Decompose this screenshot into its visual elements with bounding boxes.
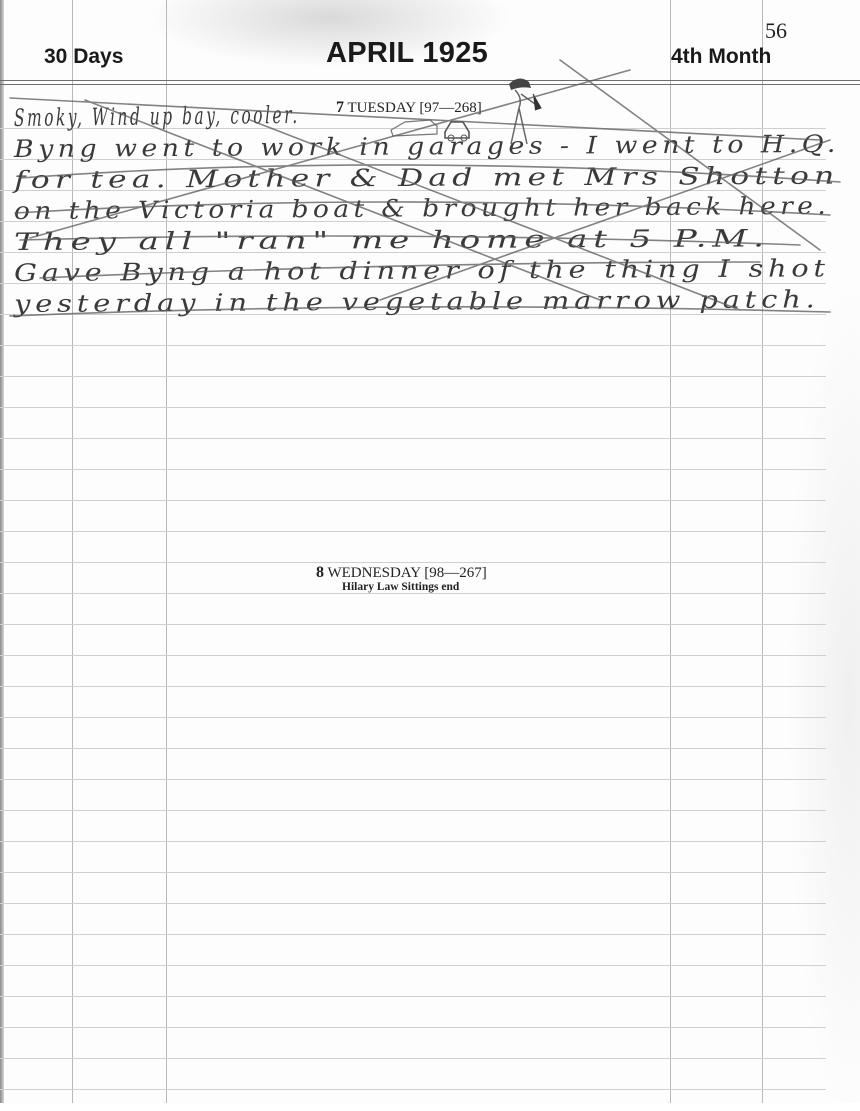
ruled-line (0, 748, 826, 749)
cross-out-strokes (0, 0, 860, 340)
ruled-line (0, 903, 826, 904)
ruled-line (0, 531, 826, 532)
ruled-line (0, 562, 826, 563)
ruled-line (0, 655, 826, 656)
ruled-line (0, 1058, 826, 1059)
ruled-line (0, 934, 826, 935)
ruled-line (0, 376, 826, 377)
ruled-line (0, 810, 826, 811)
ruled-line (0, 469, 826, 470)
ruled-line (0, 624, 826, 625)
ruled-line (0, 593, 826, 594)
diary-page: 30 Days APRIL 1925 4th Month 56 7 TUESDA… (0, 0, 860, 1111)
ruled-line (0, 872, 826, 873)
ruled-line (0, 1027, 826, 1028)
ruled-line (0, 345, 826, 346)
ruled-line (0, 1089, 826, 1090)
ruled-line (0, 841, 826, 842)
ruled-line (0, 686, 826, 687)
ruled-line (0, 717, 826, 718)
ruled-line (0, 438, 826, 439)
ruled-line (0, 996, 826, 997)
day-note: Hilary Law Sittings end (342, 581, 459, 593)
day-count: [98—267] (424, 565, 487, 581)
ruled-line (0, 779, 826, 780)
weekday: WEDNESDAY (327, 565, 420, 581)
ruled-line (0, 965, 826, 966)
ruled-line (0, 500, 826, 501)
day-heading-wednesday: 8 WEDNESDAY [98—267] (316, 564, 487, 582)
ruled-line (0, 407, 826, 408)
page-bottom-edge (0, 1103, 860, 1111)
day-number: 8 (316, 564, 324, 581)
